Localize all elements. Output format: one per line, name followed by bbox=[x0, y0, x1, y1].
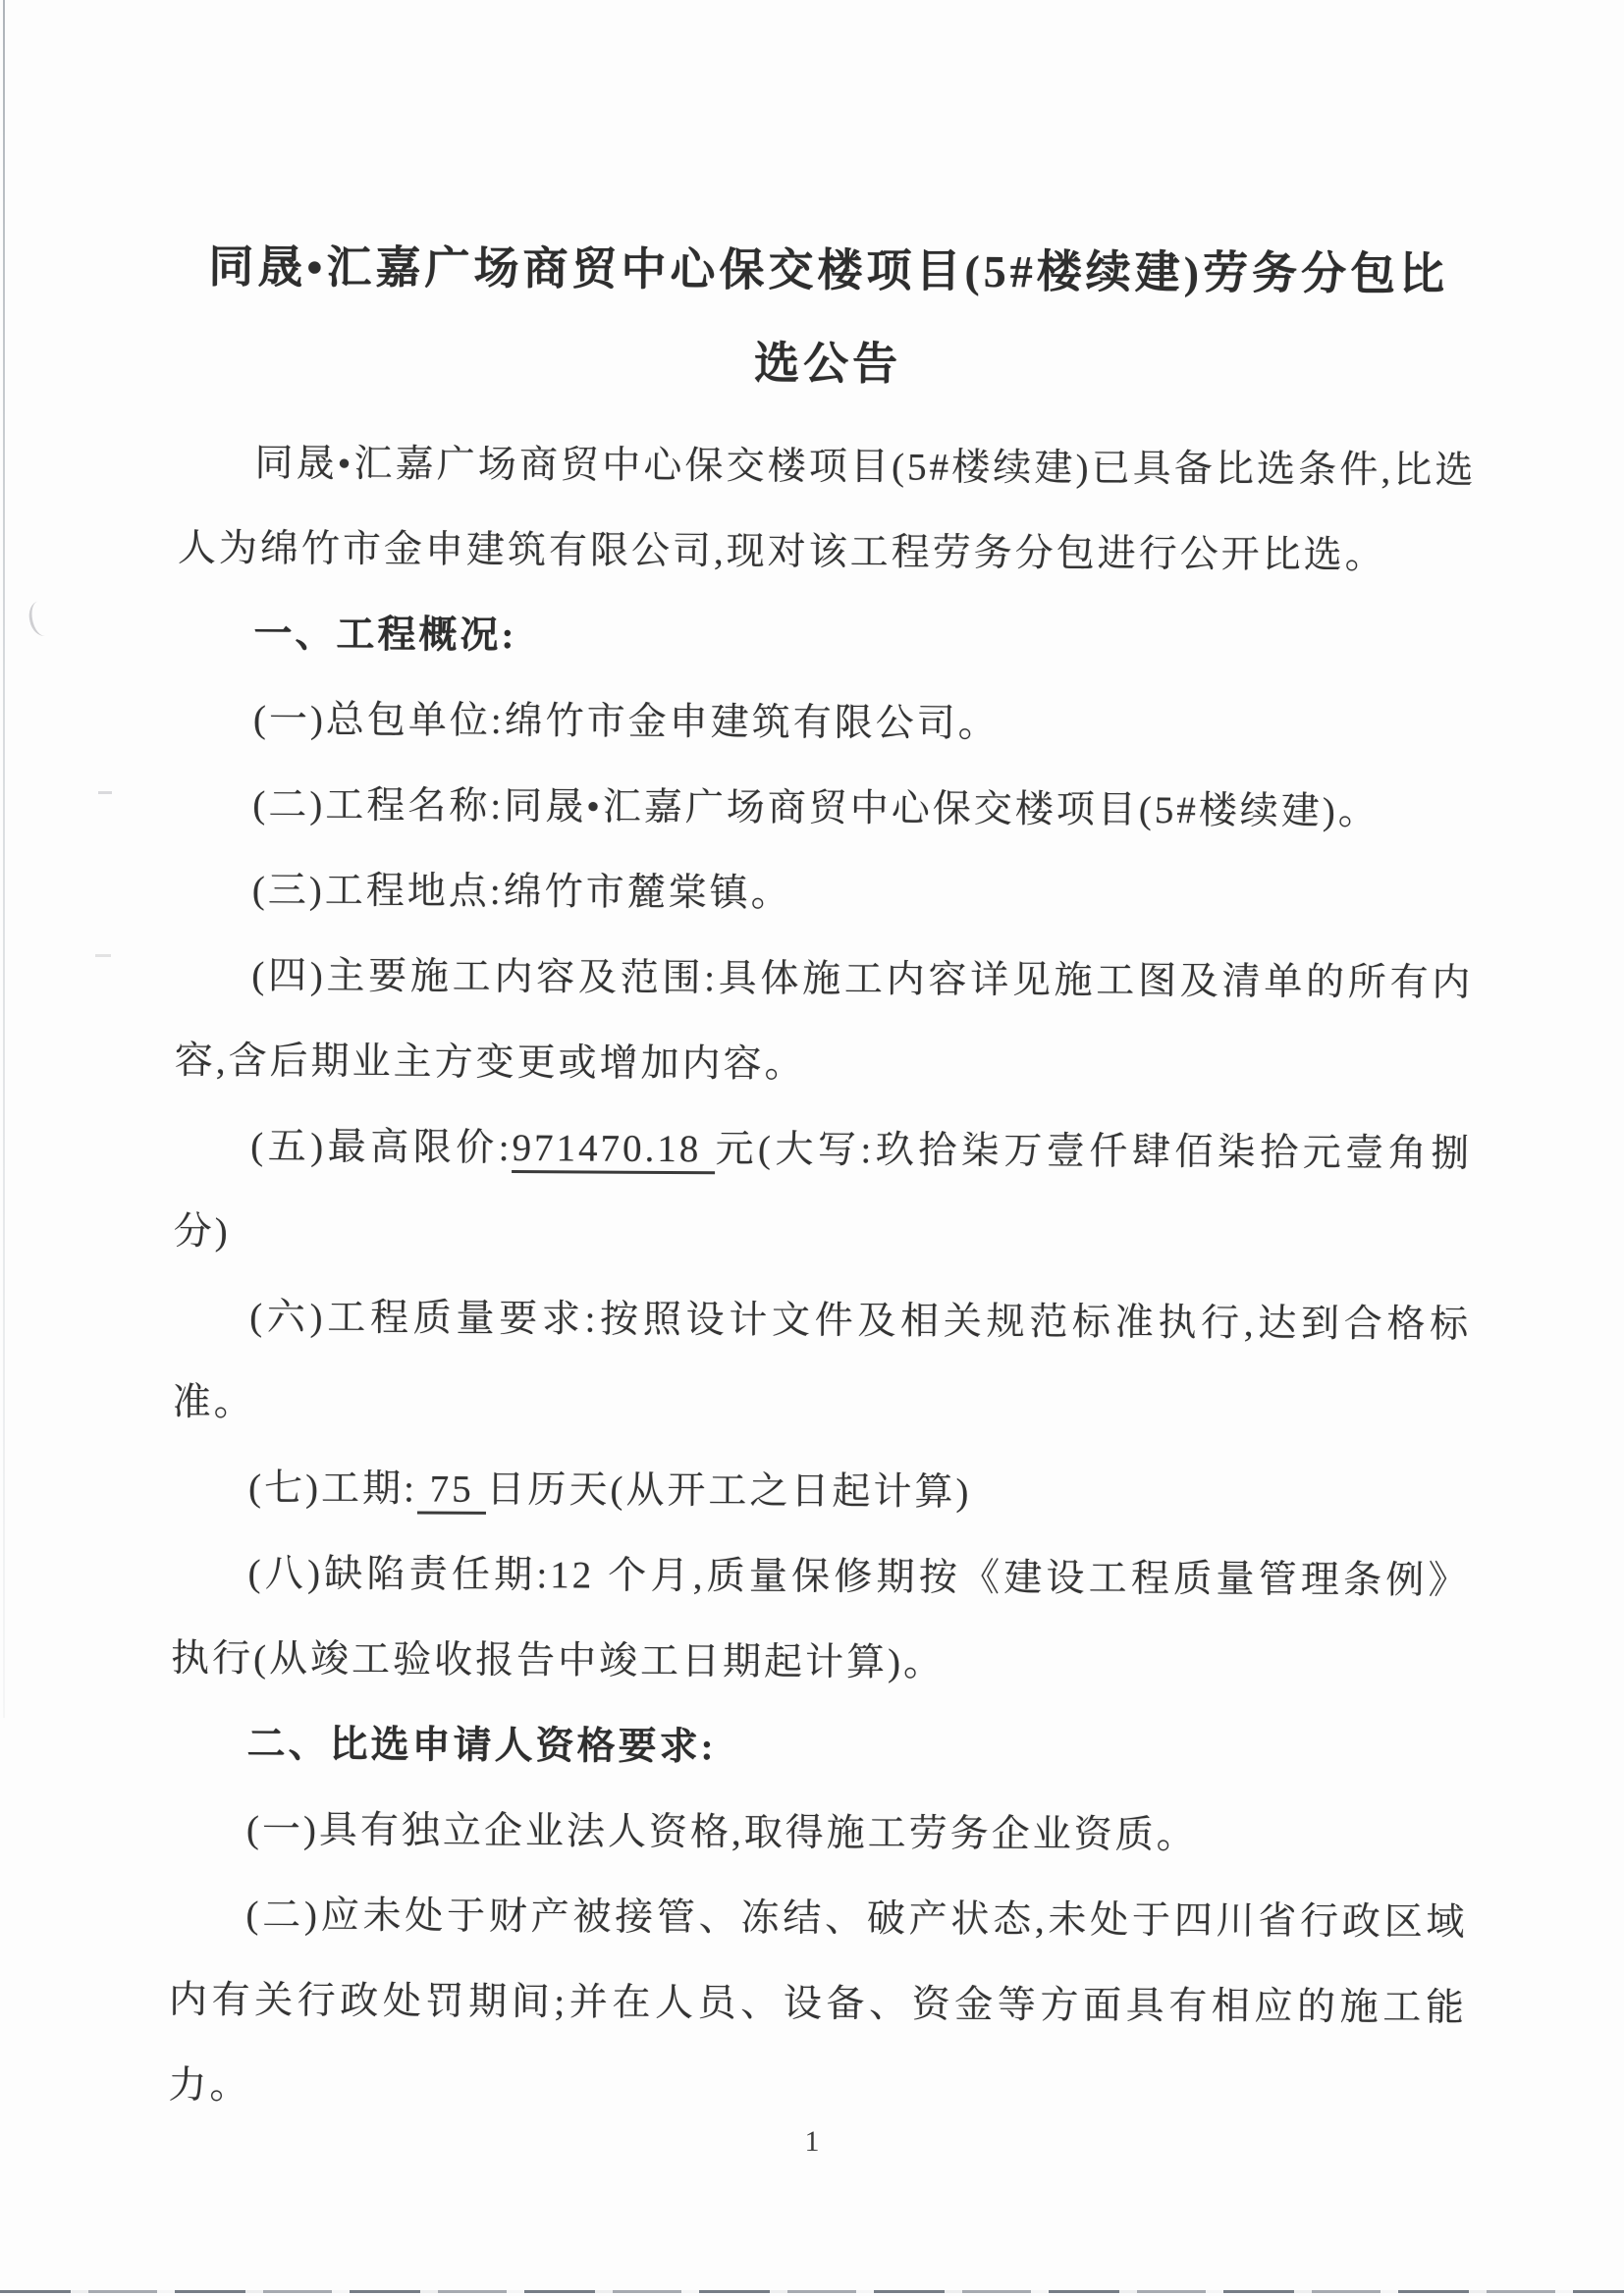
price-limit-value: 971470.18 bbox=[512, 1127, 715, 1174]
scan-left-edge-artifact bbox=[3, 0, 5, 1718]
scanned-document-page: 同晟•汇嘉广场商贸中心保交楼项目(5#楼续建)劳务分包比 选公告 同晟•汇嘉广场… bbox=[0, 0, 1624, 2296]
item-construction-duration: (七)工期: 75 日历天(从开工之日起计算) bbox=[172, 1445, 1471, 1538]
item-general-contractor: (一)总包单位:绵竹市金申建筑有限公司。 bbox=[177, 676, 1476, 770]
item-defect-liability: (八)缺陷责任期:12 个月,质量保修期按《建设工程质量管理条例》执行(从竣工验… bbox=[171, 1530, 1470, 1709]
item-text: (八)缺陷责任期:12 个月,质量保修期按《建设工程质量管理条例》执行(从竣工验… bbox=[171, 1552, 1470, 1683]
item-text: (一)总包单位:绵竹市金申建筑有限公司。 bbox=[253, 698, 1000, 745]
section-1-heading: 一、工程概况: bbox=[177, 591, 1476, 684]
item-text: (六)工程质量要求:按照设计文件及相关规范标准执行,达到合格标准。 bbox=[173, 1296, 1472, 1423]
item-text: 日历天(从开工之日起计算) bbox=[486, 1468, 971, 1514]
item-text: (二)应未处于财产被接管、冻结、破产状态,未处于四川省行政区域内有关行政处罚期间… bbox=[168, 1894, 1467, 2107]
item-construction-scope: (四)主要施工内容及范围:具体施工内容详见施工图及清单的所有内容,含后期业主方变… bbox=[175, 933, 1474, 1111]
item-project-name: (二)工程名称:同晟•汇嘉广场商贸中心保交楼项目(5#楼续建)。 bbox=[176, 762, 1475, 855]
duration-days-value: 75 bbox=[417, 1468, 487, 1514]
item-project-location: (三)工程地点:绵竹市麓棠镇。 bbox=[176, 847, 1475, 940]
item-quality-requirement: (六)工程质量要求:按照设计文件及相关规范标准执行,达到合格标准。 bbox=[172, 1274, 1471, 1453]
item-text: (七)工期: bbox=[248, 1467, 417, 1510]
document-title: 同晟•汇嘉广场商贸中心保交楼项目(5#楼续建)劳务分包比 选公告 bbox=[179, 220, 1478, 414]
item-text: (一)具有独立企业法人资格,取得施工劳务企业资质。 bbox=[246, 1808, 1198, 1856]
intro-paragraph: 同晟•汇嘉广场商贸中心保交楼项目(5#楼续建)已具备比选条件,比选人为绵竹市金申… bbox=[178, 420, 1477, 599]
item-text: (二)工程名称:同晟•汇嘉广场商贸中心保交楼项目(5#楼续建)。 bbox=[252, 783, 1380, 832]
title-line-2: 选公告 bbox=[179, 313, 1478, 414]
scan-bottom-edge-artifact bbox=[0, 2290, 1624, 2293]
scan-smudge bbox=[95, 954, 111, 957]
item-qualification: (一)具有独立企业法人资格,取得施工劳务企业资质。 bbox=[170, 1787, 1469, 1880]
item-price-limit: (五)最高限价:971470.18 元(大写:玖拾柒万壹仟肆佰柒拾元壹角捌分) bbox=[173, 1103, 1472, 1282]
scan-smudge bbox=[98, 791, 112, 794]
scan-margin-mark bbox=[27, 599, 58, 638]
title-line-1: 同晟•汇嘉广场商贸中心保交楼项目(5#楼续建)劳务分包比 bbox=[179, 220, 1478, 321]
page-number: 1 bbox=[0, 2125, 1624, 2159]
item-text: (五)最高限价: bbox=[250, 1125, 513, 1169]
document-content: 同晟•汇嘉广场商贸中心保交楼项目(5#楼续建)劳务分包比 选公告 同晟•汇嘉广场… bbox=[168, 220, 1478, 2136]
item-text: (三)工程地点:绵竹市麓棠镇。 bbox=[252, 869, 792, 914]
item-text: (四)主要施工内容及范围:具体施工内容详见施工图及清单的所有内容,含后期业主方变… bbox=[175, 954, 1474, 1085]
section-2-heading: 二、比选申请人资格要求: bbox=[170, 1701, 1469, 1794]
item-status-requirement: (二)应未处于财产被接管、冻结、破产状态,未处于四川省行政区域内有关行政处罚期间… bbox=[168, 1872, 1468, 2136]
